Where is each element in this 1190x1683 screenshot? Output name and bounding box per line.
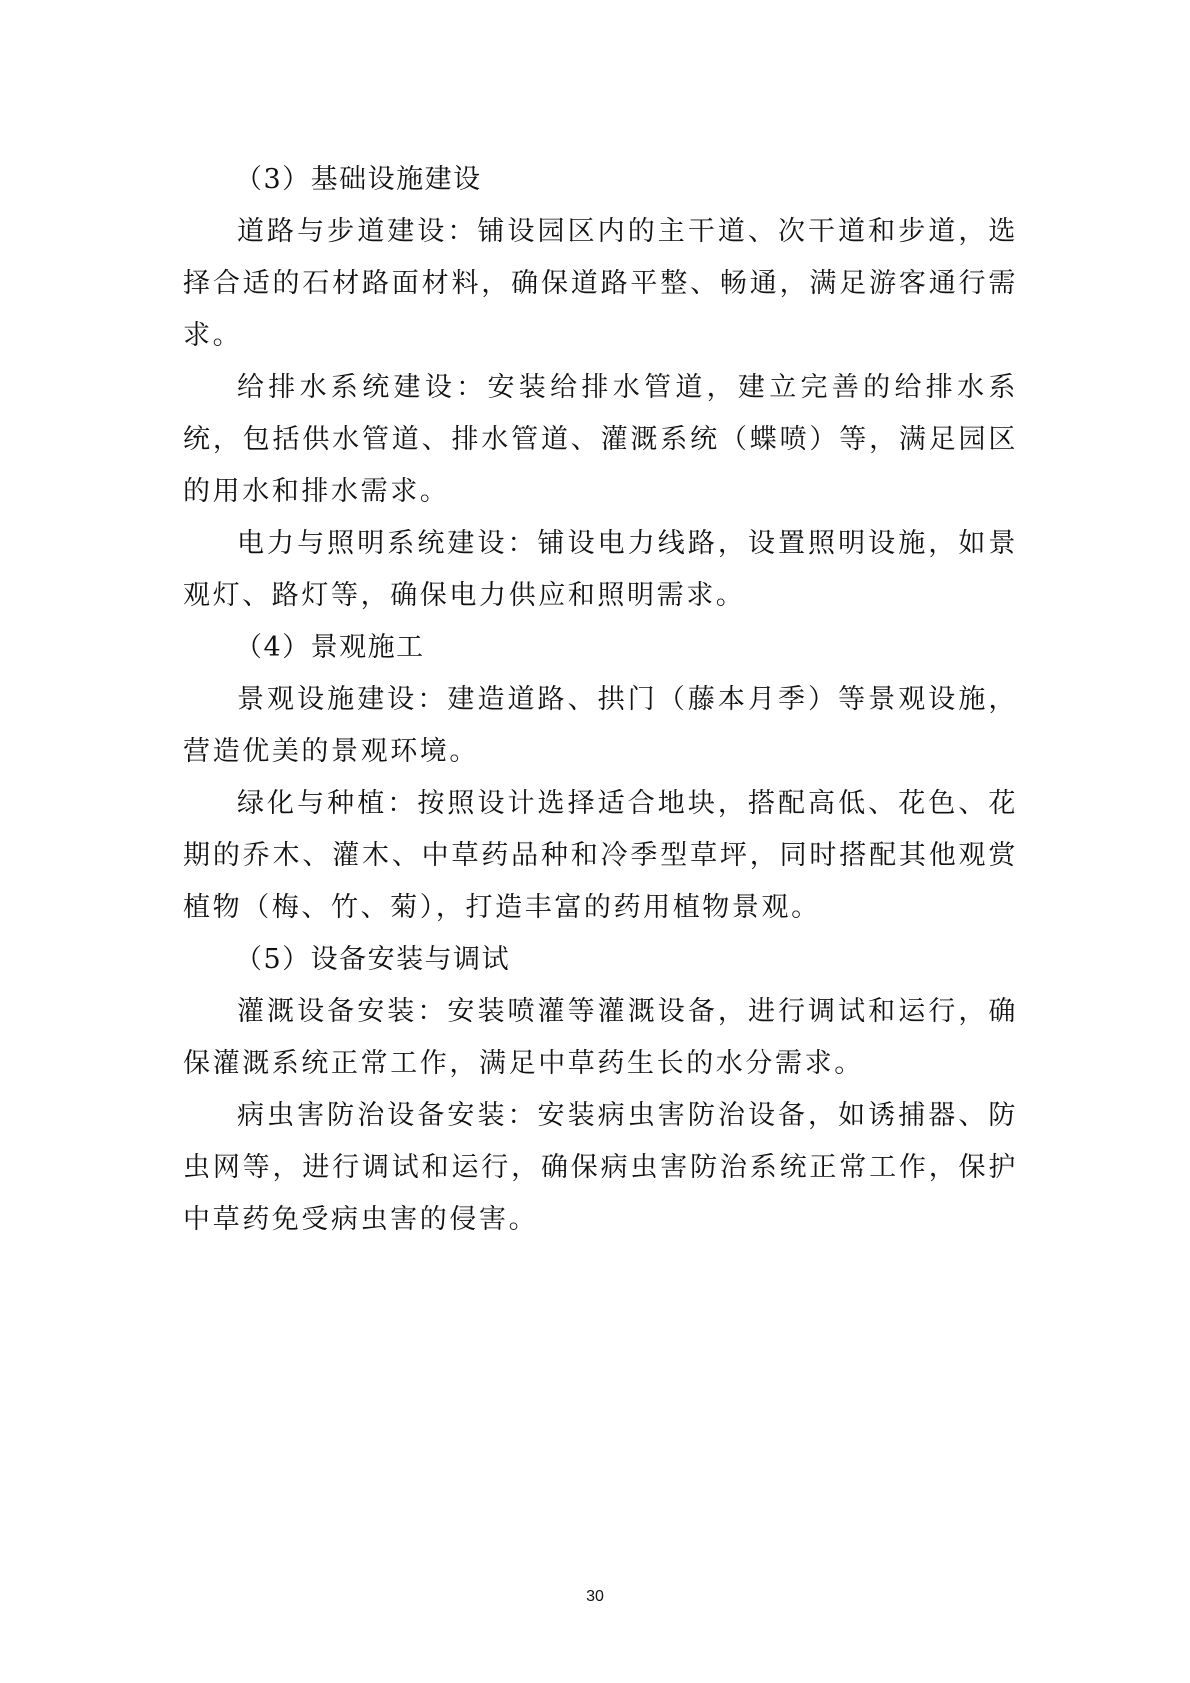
section-heading-infrastructure: （3）基础设施建设 <box>183 154 1018 206</box>
paragraph-irrigation-equipment: 灌溉设备安装：安装喷灌等灌溉设备，进行调试和运行，确保灌溉系统正常工作，满足中草… <box>183 986 1018 1090</box>
page-number: 30 <box>0 1588 1190 1606</box>
paragraph-water-system: 给排水系统建设：安装给排水管道，建立完善的给排水系统，包括供水管道、排水管道、灌… <box>183 362 1018 518</box>
paragraph-power-lighting: 电力与照明系统建设：铺设电力线路，设置照明设施，如景观灯、路灯等，确保电力供应和… <box>183 518 1018 622</box>
paragraph-greening-planting: 绿化与种植：按照设计选择适合地块，搭配高低、花色、花期的乔木、灌木、中草药品种和… <box>183 778 1018 934</box>
paragraph-landscape-facilities: 景观设施建设：建造道路、拱门（藤本月季）等景观设施，营造优美的景观环境。 <box>183 674 1018 778</box>
document-body: （3）基础设施建设 道路与步道建设：铺设园区内的主干道、次干道和步道，选择合适的… <box>183 154 1018 1246</box>
paragraph-roads: 道路与步道建设：铺设园区内的主干道、次干道和步道，选择合适的石材路面材料，确保道… <box>183 206 1018 362</box>
section-heading-equipment: （5）设备安装与调试 <box>183 934 1018 986</box>
section-heading-landscape: （4）景观施工 <box>183 622 1018 674</box>
paragraph-pest-control-equipment: 病虫害防治设备安装：安装病虫害防治设备，如诱捕器、防虫网等，进行调试和运行，确保… <box>183 1090 1018 1246</box>
